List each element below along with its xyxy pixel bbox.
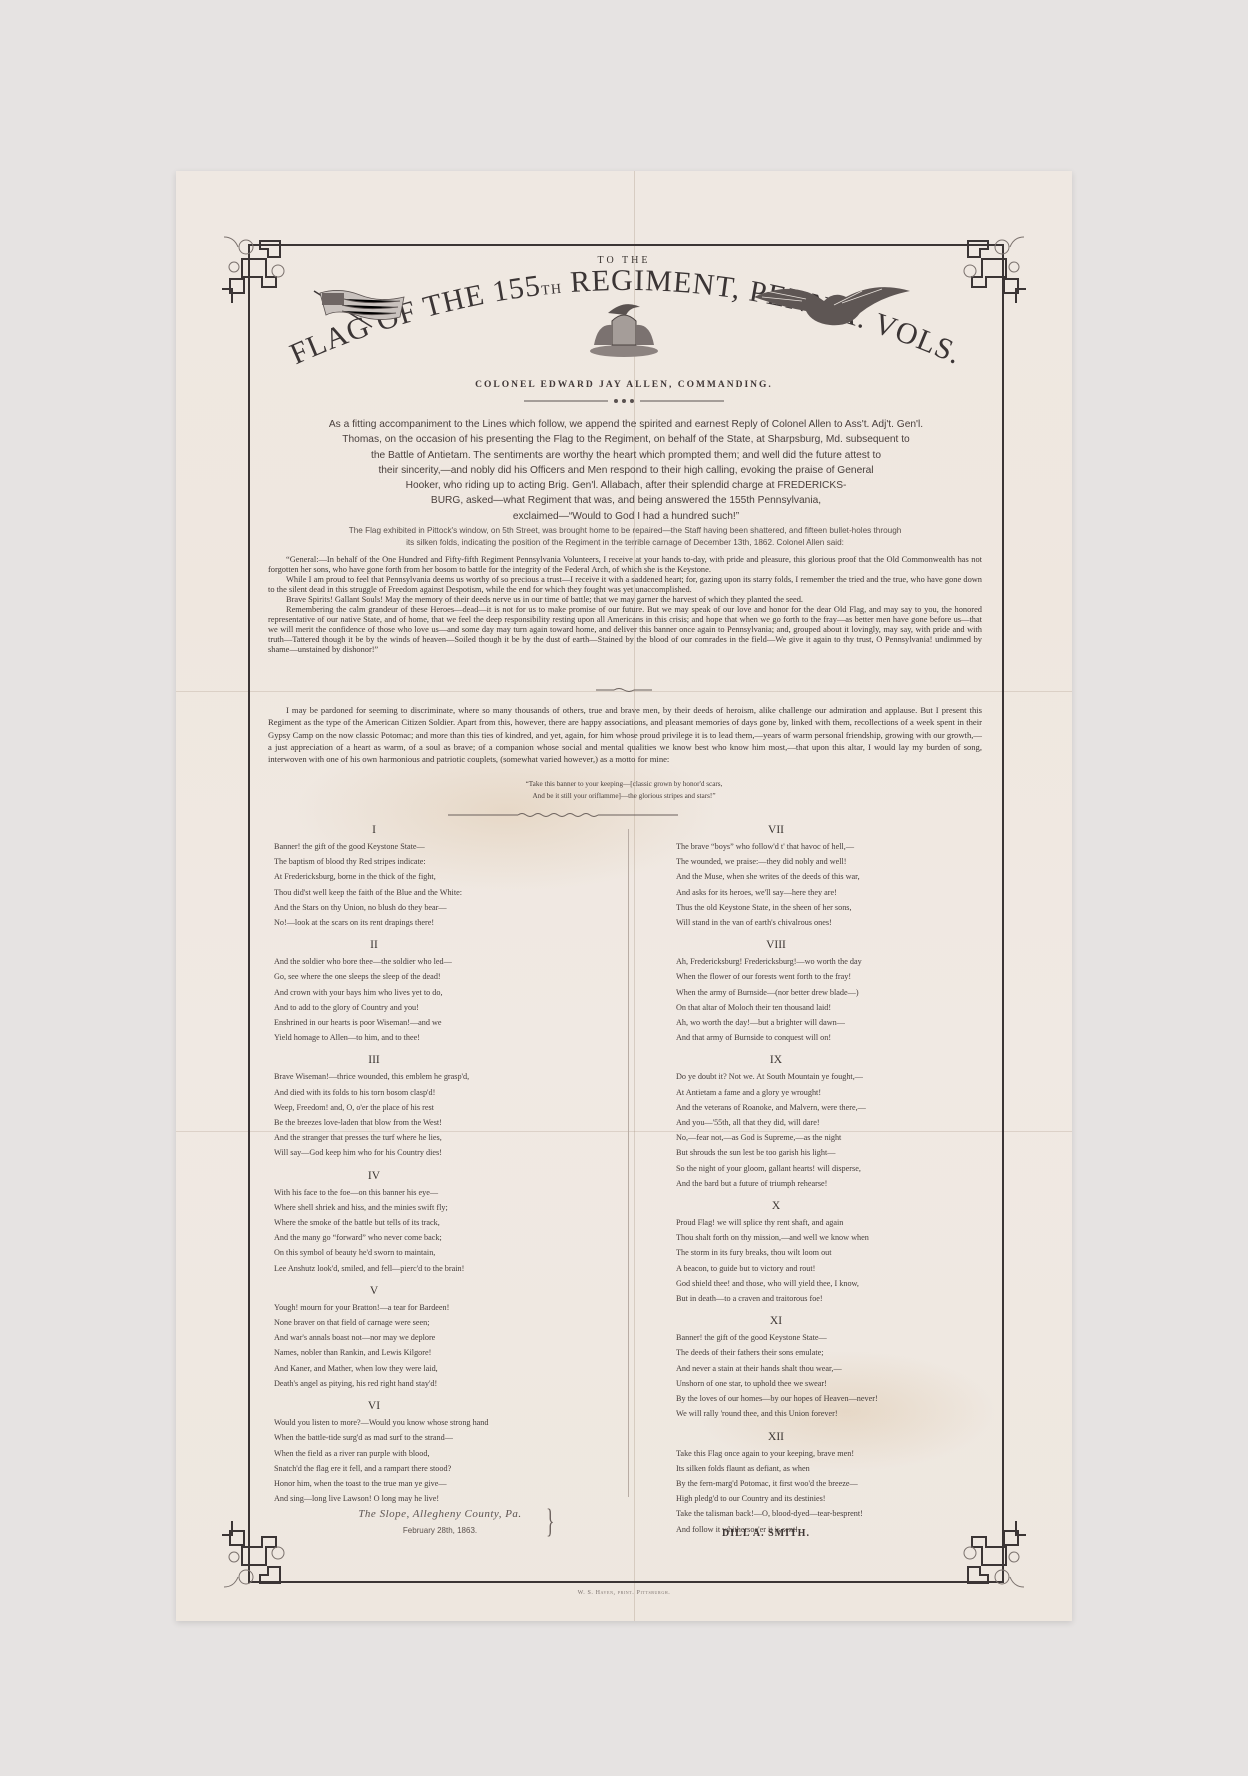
speech-paragraph: While I am proud to feel that Pennsylvan… (268, 575, 982, 595)
brace-icon: } (546, 1503, 554, 1541)
verse-line: The baptism of blood thy Red stripes ind… (274, 854, 614, 869)
stanza-numeral: I (274, 821, 474, 839)
stanza: VIIIAh, Fredericksburg! Fredericksburg!—… (676, 936, 1006, 1045)
stanza-numeral: XI (676, 1312, 876, 1330)
verse-line: By the fern-marg'd Potomac, it first woo… (676, 1476, 1006, 1491)
verse-line: Where shell shriek and hiss, and the min… (274, 1200, 614, 1215)
motto: “Take this banner to your keeping—[class… (176, 778, 1072, 802)
verse-line: The storm in its fury breaks, thou wilt … (676, 1245, 1006, 1260)
verse-line: Take this Flag once again to your keepin… (676, 1446, 1006, 1461)
verse-line: Thou shalt forth on thy mission,—and wel… (676, 1230, 1006, 1245)
eagle-icon (752, 277, 912, 333)
dedication-paragraph: I may be pardoned for seeming to discrim… (268, 704, 982, 765)
verse-line: Will stand in the van of earth's chivalr… (676, 915, 1006, 930)
stanza: IIIBrave Wiseman!—thrice wounded, this e… (274, 1051, 614, 1160)
verse-line: Its silken folds flaunt as defiant, as w… (676, 1461, 1006, 1476)
verse-line: And Kaner, and Mather, when low they wer… (274, 1361, 614, 1376)
verse-line: So the night of your gloom, gallant hear… (676, 1161, 1006, 1176)
verse-line: When the flower of our forests went fort… (676, 969, 1006, 984)
verse-line: And to add to the glory of Country and y… (274, 1000, 614, 1015)
verse-line: Yield homage to Allen—to him, and to the… (274, 1030, 614, 1045)
verse-line: Honor him, when the toast to the true ma… (274, 1476, 614, 1491)
verse-line: And the many go “forward” who never come… (274, 1230, 614, 1245)
date-line: February 28th, 1863. (340, 1526, 540, 1535)
verse-line: We will rally 'round thee, and this Unio… (676, 1406, 1006, 1421)
verse-line: With his face to the foe—on this banner … (274, 1185, 614, 1200)
verse-line: Be the breezes love-laden that blow from… (274, 1115, 614, 1130)
verse-line: Yough! mourn for your Bratton!—a tear fo… (274, 1300, 614, 1315)
stanza-numeral: XII (676, 1428, 876, 1446)
american-flag-icon (312, 287, 412, 331)
verse-line: But in death—to a craven and traitorous … (676, 1291, 1006, 1306)
poem-right-column: VIIThe brave “boys” who follow'd t' that… (676, 819, 1006, 1543)
verse-line: And war's annals boast not—nor may we de… (274, 1330, 614, 1345)
verse-line: And sing—long live Lawson! O long may he… (274, 1491, 614, 1506)
verse-line: The wounded, we praise:—they did nobly a… (676, 854, 1006, 869)
column-divider (628, 829, 629, 1497)
flag-note: The Flag exhibited in Pittock's window, … (268, 525, 982, 549)
author-dedication: I may be pardoned for seeming to discrim… (268, 704, 982, 765)
intro-line: Hooker, who riding up to acting Brig. Ge… (266, 478, 986, 493)
verse-line: By the loves of our homes—by our hopes o… (676, 1391, 1006, 1406)
intro-paragraph: As a fitting accompaniment to the Lines … (266, 417, 986, 524)
verse-line: Snatch'd the flag ere it fell, and a ram… (274, 1461, 614, 1476)
colonel-allen-speech: “General:—In behalf of the One Hundred a… (268, 555, 982, 655)
poem-left-column: IBanner! the gift of the good Keystone S… (274, 819, 614, 1512)
verse-line: And the Stars on thy Union, no blush do … (274, 900, 614, 915)
verse-line: On that altar of Moloch their ten thousa… (676, 1000, 1006, 1015)
verse-line: Will say—God keep him who for his Countr… (274, 1145, 614, 1160)
verse-line: Brave Wiseman!—thrice wounded, this embl… (274, 1069, 614, 1084)
ornamental-rule (596, 687, 652, 693)
verse-line: At Fredericksburg, borne in the thick of… (274, 869, 614, 884)
verse-line: Banner! the gift of the good Keystone St… (274, 839, 614, 854)
stanza-numeral: III (274, 1051, 474, 1069)
stanza: XProud Flag! we will splice thy rent sha… (676, 1197, 1006, 1306)
stanza: IIAnd the soldier who bore thee—the sold… (274, 936, 614, 1045)
intro-line: their sincerity,—and nobly did his Offic… (266, 463, 986, 478)
stanza: IXDo ye doubt it? Not we. At South Mount… (676, 1051, 1006, 1191)
intro-line: BURG, asked—what Regiment that was, and … (266, 493, 986, 508)
verse-line: None braver on that field of carnage wer… (274, 1315, 614, 1330)
stanza: IVWith his face to the foe—on this banne… (274, 1167, 614, 1276)
intro-line: Thomas, on the occasion of his presentin… (266, 432, 986, 447)
verse-line: Take the talisman back!—O, blood-dyed—te… (676, 1506, 1006, 1521)
verse-line: And the soldier who bore thee—the soldie… (274, 954, 614, 969)
flag-note-line: The Flag exhibited in Pittock's window, … (268, 525, 982, 537)
verse-line: And you—'55th, all that they did, will d… (676, 1115, 1006, 1130)
stanza-numeral: II (274, 936, 474, 954)
verse-line: Thou did'st well keep the faith of the B… (274, 885, 614, 900)
speech-paragraph: Brave Spirits! Gallant Souls! May the me… (268, 595, 982, 605)
stanza-numeral: VIII (676, 936, 876, 954)
printer-imprint: W. S. Haven, print. Pittsburgh. (176, 1590, 1072, 1596)
verse-line: And the stranger that presses the turf w… (274, 1130, 614, 1145)
verse-line: Thus the old Keystone State, in the shee… (676, 900, 1006, 915)
verse-line: Ah, Fredericksburg! Fredericksburg!—wo w… (676, 954, 1006, 969)
ornamental-rule (524, 397, 724, 405)
verse-line: Weep, Freedom! and, O, o'er the place of… (274, 1100, 614, 1115)
intro-line: As a fitting accompaniment to the Lines … (266, 417, 986, 432)
verse-line: Proud Flag! we will splice thy rent shaf… (676, 1215, 1006, 1230)
verse-line: Would you listen to more?—Would you know… (274, 1415, 614, 1430)
stanza: IBanner! the gift of the good Keystone S… (274, 821, 614, 930)
verse-line: A beacon, to guide but to victory and ro… (676, 1261, 1006, 1276)
verse-line: The deeds of their fathers their sons em… (676, 1345, 1006, 1360)
verse-line: The brave “boys” who follow'd t' that ha… (676, 839, 1006, 854)
stanza: VIWould you listen to more?—Would you kn… (274, 1397, 614, 1506)
stanza: VYough! mourn for your Bratton!—a tear f… (274, 1282, 614, 1391)
verse-line: And the Muse, when she writes of the dee… (676, 869, 1006, 884)
broadside-sheet: TO THE FLAG OF THE 155TH REGIMENT, PENN'… (176, 171, 1072, 1621)
verse-line: No!—look at the scars on its rent drapin… (274, 915, 614, 930)
verse-line: Death's angel as pitying, his red right … (274, 1376, 614, 1391)
verse-line: Go, see where the one sleeps the sleep o… (274, 969, 614, 984)
verse-line: And that army of Burnside to conquest wi… (676, 1030, 1006, 1045)
verse-line: And never a stain at their hands shalt t… (676, 1361, 1006, 1376)
stanza-numeral: V (274, 1282, 474, 1300)
verse-line: No,—fear not,—as God is Supreme,—as the … (676, 1130, 1006, 1145)
verse-line: Where the smoke of the battle but tells … (274, 1215, 614, 1230)
verse-line: And died with its folds to his torn boso… (274, 1085, 614, 1100)
verse-line: At Antietam a fame and a glory ye wrough… (676, 1085, 1006, 1100)
pennsylvania-seal-icon (586, 301, 662, 359)
intro-line: the Battle of Antietam. The sentiments a… (266, 448, 986, 463)
verse-line: And crown with your bays him who lives y… (274, 985, 614, 1000)
verse-line: When the battle-tide surg'd as mad surf … (274, 1430, 614, 1445)
author-signature: DILL A. SMITH. (706, 1528, 826, 1539)
stanza-numeral: VII (676, 821, 876, 839)
speech-paragraph: Remembering the calm grandeur of these H… (268, 605, 982, 655)
verse-line: High pledg'd to our Country and its dest… (676, 1491, 1006, 1506)
verse-line: Do ye doubt it? Not we. At South Mountai… (676, 1069, 1006, 1084)
intro-line: exclaimed—“Would to God I had a hundred … (266, 509, 986, 524)
stanza-numeral: X (676, 1197, 876, 1215)
stanza-numeral: VI (274, 1397, 474, 1415)
speech-paragraph: “General:—In behalf of the One Hundred a… (268, 555, 982, 575)
flag-note-line: its silken folds, indicating the positio… (268, 537, 982, 549)
place-line: The Slope, Allegheny County, Pa. (340, 1508, 540, 1520)
verse-line: But shrouds the sun lest be too garish h… (676, 1145, 1006, 1160)
verse-line: Enshrined in our hearts is poor Wiseman!… (274, 1015, 614, 1030)
verse-line: And the bard but a future of triumph reh… (676, 1176, 1006, 1191)
verse-line: Lee Anshutz look'd, smiled, and fell—pie… (274, 1261, 614, 1276)
stanza-numeral: IX (676, 1051, 876, 1069)
motto-line: “Take this banner to your keeping—[class… (176, 778, 1072, 790)
verse-line: When the field as a river ran purple wit… (274, 1446, 614, 1461)
verse-line: And asks for its heroes, we'll say—here … (676, 885, 1006, 900)
commanding-officer-line: COLONEL EDWARD JAY ALLEN, COMMANDING. (176, 380, 1072, 390)
verse-line: On this symbol of beauty he'd sworn to m… (274, 1245, 614, 1260)
verse-line: Banner! the gift of the good Keystone St… (676, 1330, 1006, 1345)
verse-line: Names, nobler than Rankin, and Lewis Kil… (274, 1345, 614, 1360)
stanza: XIITake this Flag once again to your kee… (676, 1428, 1006, 1537)
motto-line: And be it still your oriflamme]—the glor… (176, 790, 1072, 802)
stanza: VIIThe brave “boys” who follow'd t' that… (676, 821, 1006, 930)
ornamental-rule (448, 812, 678, 818)
verse-line: When the army of Burnside—(nor better dr… (676, 985, 1006, 1000)
stanza-numeral: IV (274, 1167, 474, 1185)
verse-line: And the veterans of Roanoke, and Malvern… (676, 1100, 1006, 1115)
verse-line: Ah, wo worth the day!—but a brighter wil… (676, 1015, 1006, 1030)
verse-line: God shield thee! and those, who will yie… (676, 1276, 1006, 1291)
verse-line: Unshorn of one star, to uphold thee we s… (676, 1376, 1006, 1391)
ornament-corner-icon (220, 1515, 298, 1593)
stanza: XIBanner! the gift of the good Keystone … (676, 1312, 1006, 1421)
